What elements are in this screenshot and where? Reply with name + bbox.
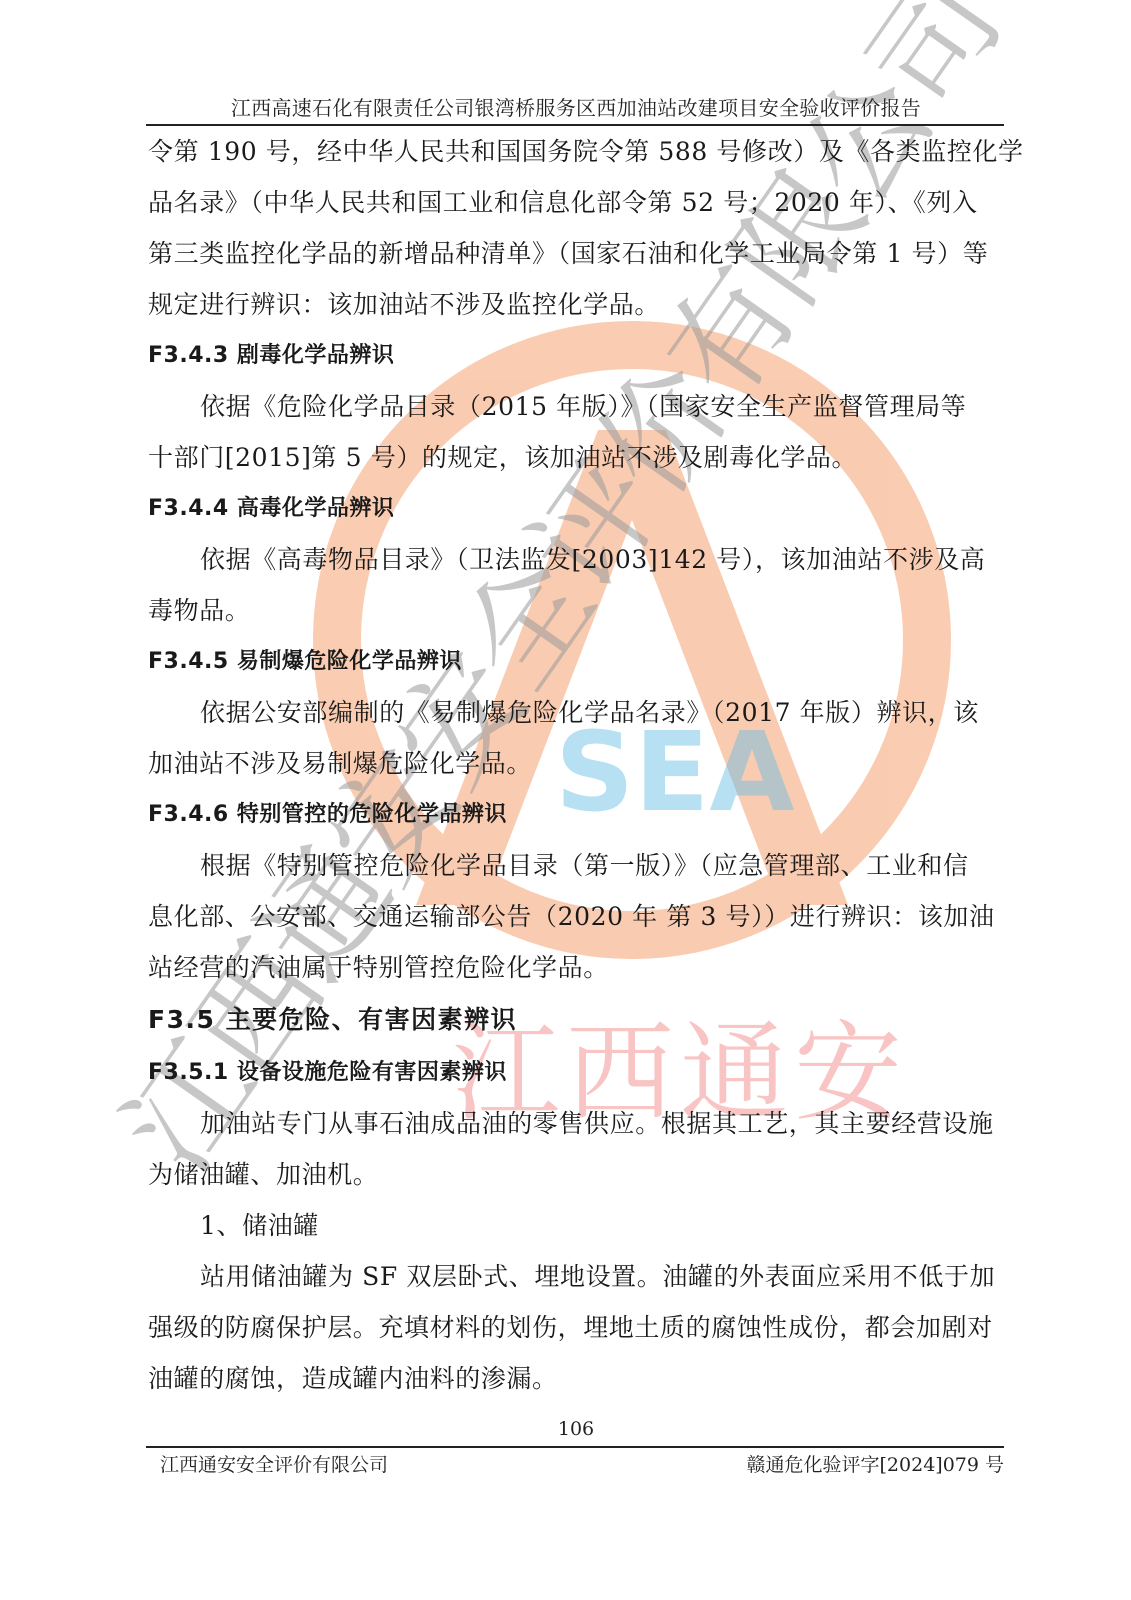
paragraph-line: 息化部、公安部、交通运输部公告（2020 年 第 3 号））进行辨识：该加油 xyxy=(148,891,1004,942)
page-number: 106 xyxy=(148,1418,1004,1440)
section-heading-f346: F3.4.6 特别管控的危险化学品辨识 xyxy=(148,789,1004,840)
list-item-label: 1、储油罐 xyxy=(148,1200,1004,1251)
paragraph-line: 加油站专门从事石油成品油的零售供应。根据其工艺，其主要经营设施 xyxy=(148,1098,1004,1149)
footer-company: 江西通安安全评价有限公司 xyxy=(160,1450,388,1477)
section-heading-f35: F3.5 主要危险、有害因素辨识 xyxy=(148,993,1004,1047)
page-content: 令第 190 号，经中华人民共和国国务院令第 588 号修改）及《各类监控化学 … xyxy=(148,126,1004,1404)
paragraph-line: 依据《高毒物品目录》（卫法监发[2003]142 号），该加油站不涉及高 xyxy=(148,534,1004,585)
section-heading-f344: F3.4.4 高毒化学品辨识 xyxy=(148,483,1004,534)
paragraph-line: 依据《危险化学品目录（2015 年版）》（国家安全生产监督管理局等 xyxy=(148,381,1004,432)
paragraph-line: 十部门[2015]第 5 号）的规定，该加油站不涉及剧毒化学品。 xyxy=(148,432,1004,483)
footer-divider xyxy=(146,1446,1004,1448)
paragraph-line: 站用储油罐为 SF 双层卧式、埋地设置。油罐的外表面应采用不低于加 xyxy=(148,1251,1004,1302)
paragraph-line: 毒物品。 xyxy=(148,585,1004,636)
paragraph-line: 油罐的腐蚀，造成罐内油料的渗漏。 xyxy=(148,1353,1004,1404)
section-heading-f343: F3.4.3 剧毒化学品辨识 xyxy=(148,330,1004,381)
paragraph-line: 依据公安部编制的《易制爆危险化学品名录》（2017 年版）辨识，该 xyxy=(148,687,1004,738)
paragraph-line: 为储油罐、加油机。 xyxy=(148,1149,1004,1200)
paragraph-line: 加油站不涉及易制爆危险化学品。 xyxy=(148,738,1004,789)
paragraph-line: 令第 190 号，经中华人民共和国国务院令第 588 号修改）及《各类监控化学 xyxy=(148,126,1004,177)
document-page: SEA 江西通安 江西通安安全评价有限公司 江西高速石化有限责任公司银湾桥服务区… xyxy=(0,0,1131,1600)
section-heading-f345: F3.4.5 易制爆危险化学品辨识 xyxy=(148,636,1004,687)
section-heading-f351: F3.5.1 设备设施危险有害因素辨识 xyxy=(148,1047,1004,1098)
paragraph-line: 根据《特别管控危险化学品目录（第一版）》（应急管理部、工业和信 xyxy=(148,840,1004,891)
paragraph-line: 规定进行辨识：该加油站不涉及监控化学品。 xyxy=(148,279,1004,330)
paragraph-line: 品名录》（中华人民共和国工业和信息化部令第 52 号；2020 年）、《列入 xyxy=(148,177,1004,228)
paragraph-line: 强级的防腐保护层。充填材料的划伤，埋地土质的腐蚀性成份，都会加剧对 xyxy=(148,1302,1004,1353)
paragraph-line: 站经营的汽油属于特别管控危险化学品。 xyxy=(148,942,1004,993)
paragraph-line: 第三类监控化学品的新增品种清单》（国家石油和化学工业局令第 1 号）等 xyxy=(148,228,1004,279)
footer-report-number: 赣通危化验评字[2024]079 号 xyxy=(747,1450,1004,1477)
running-header: 江西高速石化有限责任公司银湾桥服务区西加油站改建项目安全验收评价报告 xyxy=(148,92,1004,121)
